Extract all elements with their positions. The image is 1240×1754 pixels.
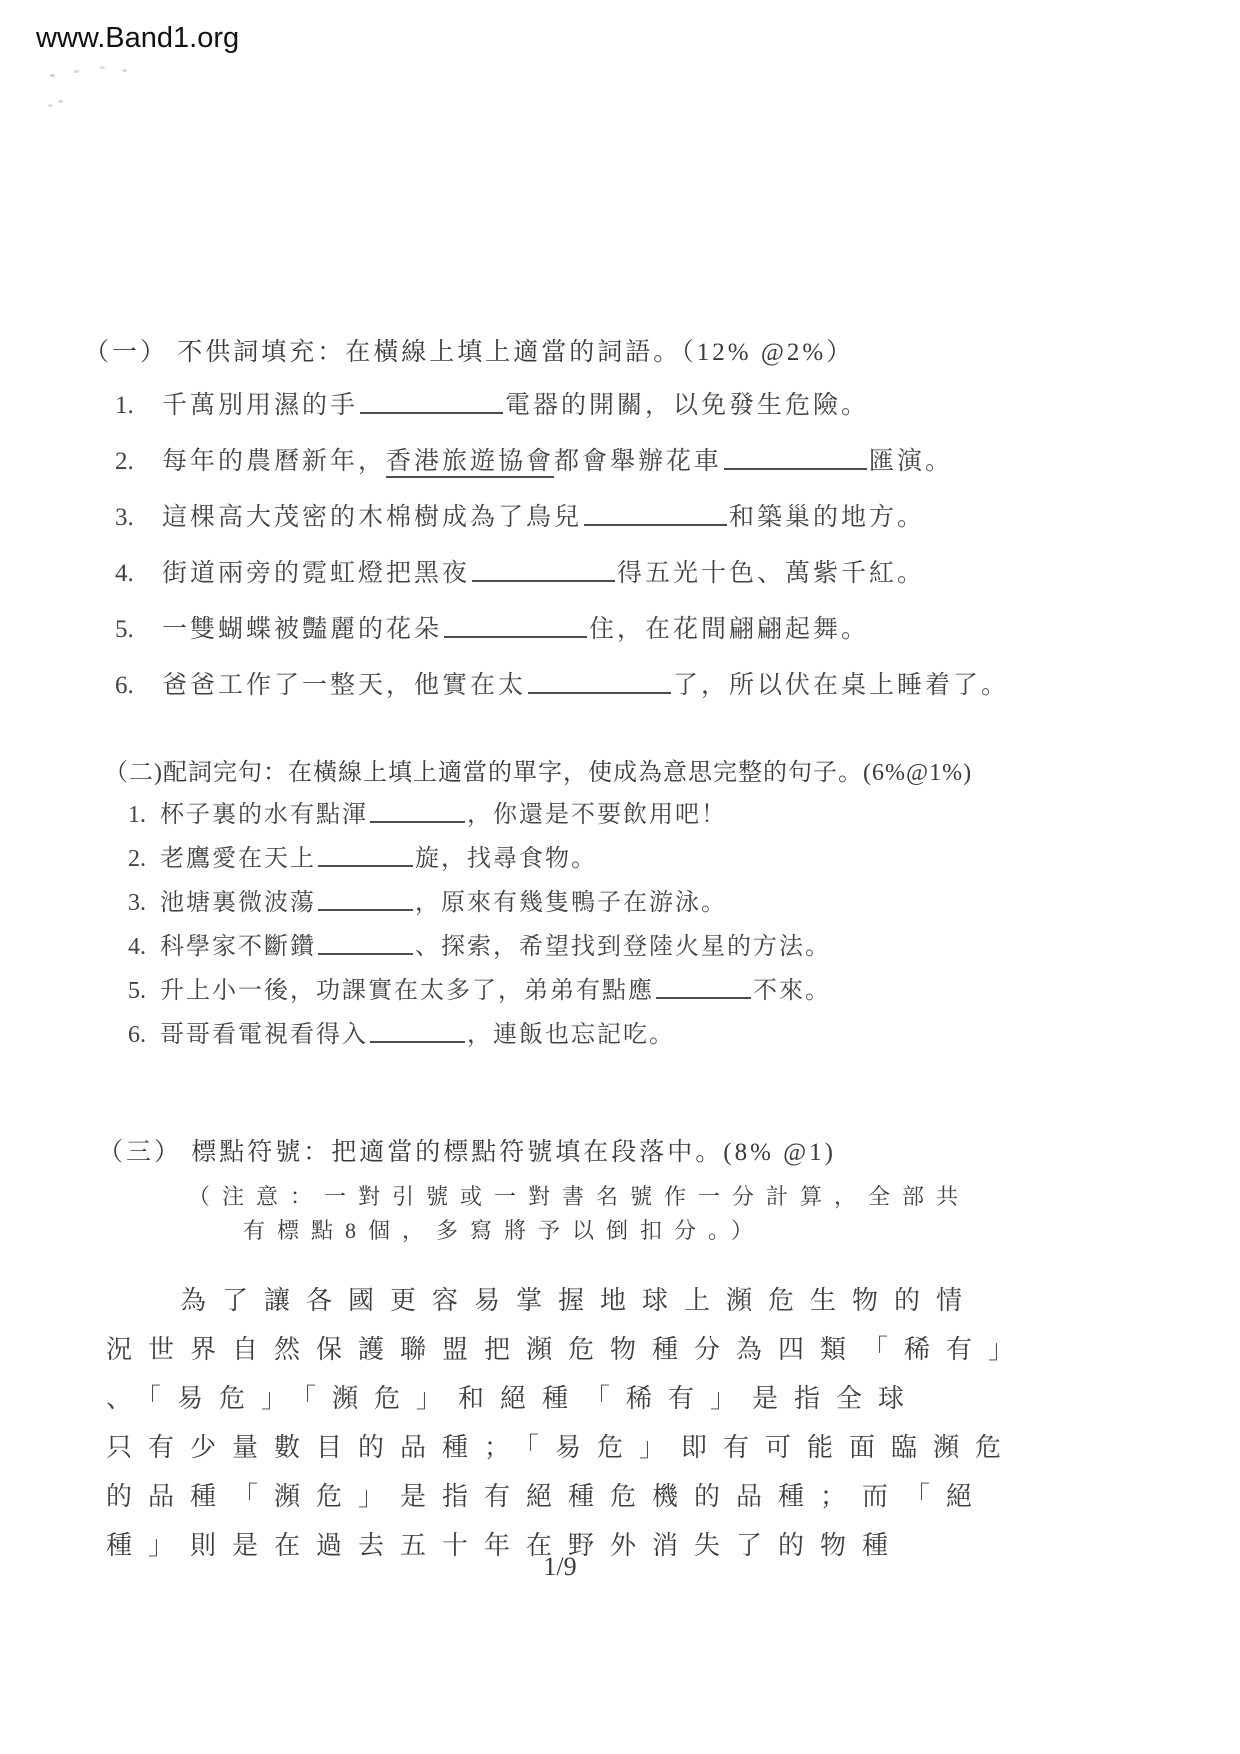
- watermark-text: www.Band1.org: [36, 22, 239, 55]
- fill-in-blank-line: [656, 973, 751, 999]
- paragraph-line: 只有少量數目的品種；「易危」即有可能面臨瀕危: [106, 1423, 1030, 1472]
- note-line-2: 有標點8個，多寫將予以倒扣分。）: [188, 1214, 1030, 1248]
- question-text: 電器的開關，以免發生危險。: [505, 392, 869, 419]
- question-text: 每年的農曆新年，: [162, 448, 386, 475]
- question-item: 1.千萬別用濕的手電器的開關，以免發生危險。: [115, 378, 1009, 434]
- paragraph-line: 況世界自然保護聯盟把瀕危物種分為四類「稀有」: [106, 1325, 1030, 1374]
- question-item: 2.每年的農曆新年，香港旅遊協會都會舉辦花車匯演。: [115, 434, 1009, 490]
- section3-note: （注意：一對引號或一對書名號作一分計算，全部共 有標點8個，多寫將予以倒扣分。）: [188, 1180, 1030, 1248]
- page-number: 1/9: [0, 1552, 1120, 1582]
- question-text: 匯演。: [869, 448, 953, 475]
- paragraph-line: 為了讓各國更容易掌握地球上瀕危生物的情: [106, 1276, 1030, 1325]
- question-text: 一雙蝴蝶被豔麗的花朵: [162, 616, 442, 643]
- question-number: 4.: [115, 546, 162, 602]
- paragraph-line: 、「易危」「瀕危」和絕種「稀有」是指全球: [106, 1374, 1030, 1423]
- question-item: 3.池塘裏微波蕩，原來有幾隻鴨子在游泳。: [128, 881, 972, 925]
- question-text: 科學家不斷鑽: [160, 934, 316, 960]
- question-text: 升上小一後，功課實在太多了，弟弟有點應: [160, 978, 654, 1004]
- question-text: 不來。: [753, 978, 831, 1004]
- question-item: 1.杯子裏的水有點渾，你還是不要飲用吧！: [128, 793, 972, 837]
- question-number: 5.: [128, 969, 160, 1013]
- section1-items: 1.千萬別用濕的手電器的開關，以免發生危險。2.每年的農曆新年，香港旅遊協會都會…: [115, 378, 1009, 714]
- question-text: 了，所以伏在桌上睡着了。: [673, 672, 1009, 699]
- question-item: 4.街道兩旁的霓虹燈把黑夜得五光十色、萬紫千紅。: [115, 546, 1009, 602]
- fill-in-blank-line: [584, 499, 727, 526]
- paragraph-line: 的品種「瀕危」是指有絕種危機的品種；而「絕: [106, 1472, 1030, 1521]
- section1-heading: （一） 不供詞填充：在橫線上填上適當的詞語。（12% @2%）: [84, 332, 1009, 368]
- question-number: 1.: [115, 378, 162, 434]
- section2-items: 1.杯子裏的水有點渾，你還是不要飲用吧！2.老鷹愛在天上旋，找尋食物。3.池塘裏…: [128, 793, 972, 1057]
- question-text: 得五光十色、萬紫千紅。: [617, 560, 925, 587]
- question-text: 杯子裏的水有點渾: [160, 802, 368, 828]
- fill-in-blank-line: [528, 667, 671, 694]
- fill-in-blank-line: [318, 885, 413, 911]
- question-text: 池塘裏微波蕩: [160, 890, 316, 916]
- section-word-completion: （二)配詞完句：在橫線上填上適當的單字，使成為意思完整的句子。(6%@1%) 1…: [104, 752, 972, 1057]
- fill-in-blank-line: [370, 1017, 465, 1043]
- section-fill-in-words: （一） 不供詞填充：在橫線上填上適當的詞語。（12% @2%） 1.千萬別用濕的…: [84, 332, 1009, 714]
- question-number: 3.: [115, 490, 162, 546]
- question-number: 2.: [115, 434, 162, 490]
- question-text: 旋，找尋食物。: [415, 846, 597, 872]
- question-text: 、探索，希望找到登陸火星的方法。: [415, 934, 831, 960]
- exam-page: www.Band1.org （一） 不供詞填充：在橫線上填上適當的詞語。（12%…: [0, 0, 1240, 1754]
- fill-in-blank-line: [370, 797, 465, 823]
- punctuation-paragraph: 為了讓各國更容易掌握地球上瀕危生物的情況世界自然保護聯盟把瀕危物種分為四類「稀有…: [106, 1276, 1030, 1570]
- section-punctuation: （三） 標點符號：把適當的標點符號填在段落中。(8% @1) （注意：一對引號或…: [98, 1132, 1030, 1570]
- fill-in-blank-line: [444, 611, 587, 638]
- question-number: 4.: [128, 925, 160, 969]
- question-text: 街道兩旁的霓虹燈把黑夜: [162, 560, 470, 587]
- question-item: 5.升上小一後，功課實在太多了，弟弟有點應不來。: [128, 969, 972, 1013]
- question-item: 6.哥哥看電視看得入，連飯也忘記吃。: [128, 1013, 972, 1057]
- question-text: 都會舉辦花車: [554, 448, 722, 475]
- question-number: 1.: [128, 793, 160, 837]
- question-text: ，原來有幾隻鴨子在游泳。: [415, 890, 727, 916]
- fill-in-blank-line: [724, 443, 867, 470]
- underlined-text: 香港旅遊協會: [386, 448, 554, 478]
- question-text: 這棵高大茂密的木棉樹成為了鳥兒: [162, 504, 582, 531]
- question-item: 5.一雙蝴蝶被豔麗的花朵住，在花間翩翩起舞。: [115, 602, 1009, 658]
- question-item: 2.老鷹愛在天上旋，找尋食物。: [128, 837, 972, 881]
- question-item: 3.這棵高大茂密的木棉樹成為了鳥兒和築巢的地方。: [115, 490, 1009, 546]
- question-number: 6.: [128, 1013, 160, 1057]
- scan-artifact: [50, 74, 55, 77]
- question-text: 老鷹愛在天上: [160, 846, 316, 872]
- question-text: 千萬別用濕的手: [162, 392, 358, 419]
- question-number: 3.: [128, 881, 160, 925]
- note-line-1: （注意：一對引號或一對書名號作一分計算，全部共: [188, 1180, 1030, 1214]
- question-text: ，連飯也忘記吃。: [467, 1022, 675, 1048]
- section2-heading: （二)配詞完句：在橫線上填上適當的單字，使成為意思完整的句子。(6%@1%): [104, 752, 972, 787]
- section3-heading: （三） 標點符號：把適當的標點符號填在段落中。(8% @1): [98, 1132, 1030, 1168]
- question-text: ，你還是不要飲用吧！: [467, 802, 727, 828]
- fill-in-blank-line: [472, 555, 615, 582]
- fill-in-blank-line: [360, 387, 503, 414]
- question-number: 6.: [115, 658, 162, 714]
- question-item: 4.科學家不斷鑽、探索，希望找到登陸火星的方法。: [128, 925, 972, 969]
- question-item: 6.爸爸工作了一整天，他實在太了，所以伏在桌上睡着了。: [115, 658, 1009, 714]
- fill-in-blank-line: [318, 841, 413, 867]
- question-number: 2.: [128, 837, 160, 881]
- question-text: 住，在花間翩翩起舞。: [589, 616, 869, 643]
- question-text: 哥哥看電視看得入: [160, 1022, 368, 1048]
- question-number: 5.: [115, 602, 162, 658]
- fill-in-blank-line: [318, 929, 413, 955]
- question-text: 爸爸工作了一整天，他實在太: [162, 672, 526, 699]
- question-text: 和築巢的地方。: [729, 504, 925, 531]
